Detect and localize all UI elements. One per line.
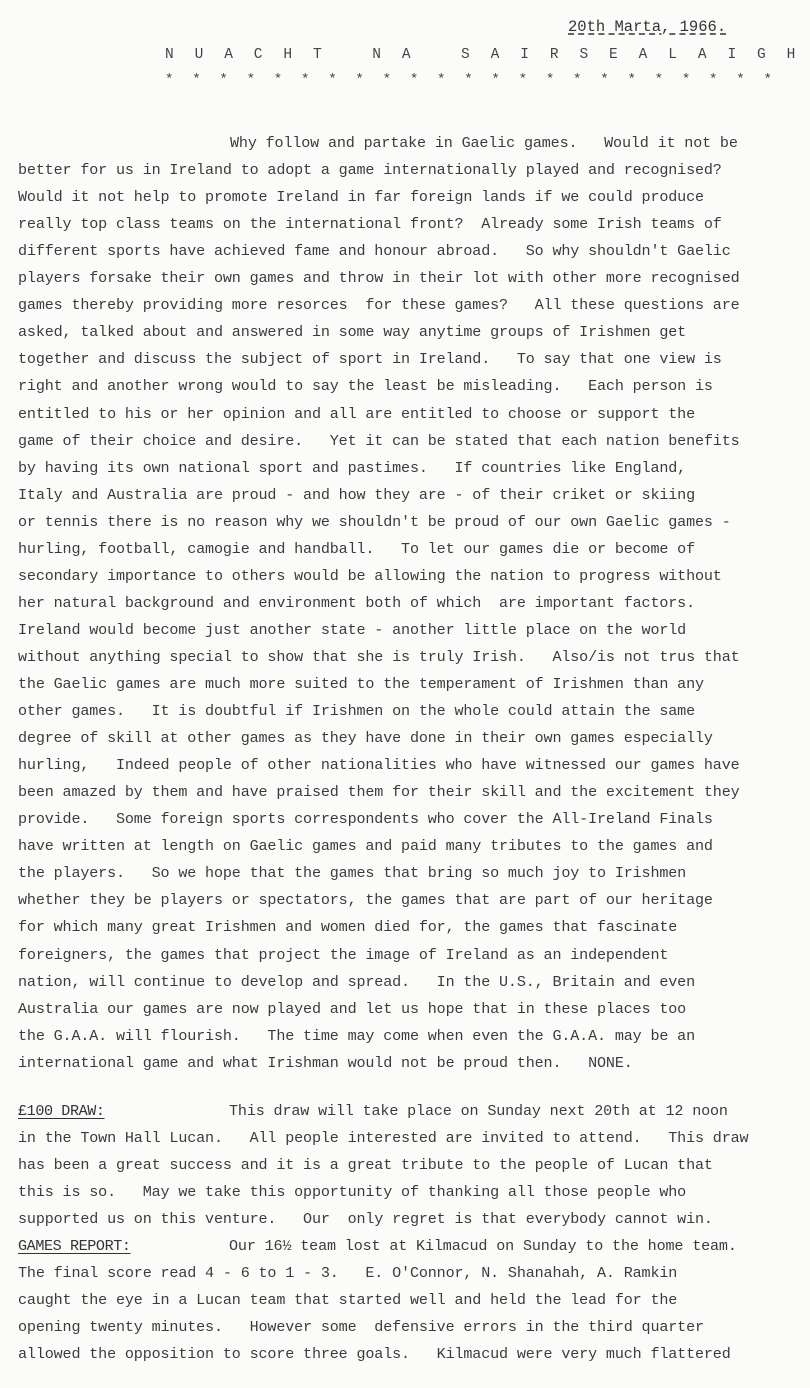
article-line: have written at length on Gaelic games a… <box>18 836 713 856</box>
games-report-heading: GAMES REPORT: <box>18 1236 131 1256</box>
draw-section-first-line: This draw will take place on Sunday next… <box>229 1101 728 1121</box>
article-line: foreigners, the games that project the i… <box>18 945 668 965</box>
games-line: allowed the opposition to score three go… <box>18 1344 731 1364</box>
newsletter-title: N U A C H T N A S A I R S E A L A I G H <box>165 47 801 63</box>
article-line: or tennis there is no reason why we shou… <box>18 512 731 532</box>
article-line: been amazed by them and have praised the… <box>18 782 740 802</box>
article-line: without anything special to show that sh… <box>18 647 740 667</box>
article-line: players forsake their own games and thro… <box>18 268 740 288</box>
games-report-first-line: Our 16½ team lost at Kilmacud on Sunday … <box>229 1236 737 1256</box>
games-line: caught the eye in a Lucan team that star… <box>18 1290 677 1310</box>
article-line: Why follow and partake in Gaelic games. … <box>18 133 738 153</box>
article-line: international game and what Irishman wou… <box>18 1053 633 1073</box>
draw-line: supported us on this venture. Our only r… <box>18 1209 713 1229</box>
article-line: Australia our games are now played and l… <box>18 999 686 1019</box>
games-line: The final score read 4 - 6 to 1 - 3. E. … <box>18 1263 677 1283</box>
article-line: the G.A.A. will flourish. The time may c… <box>18 1026 695 1046</box>
article-line: hurling, football, camogie and handball.… <box>18 539 695 559</box>
article-line: Italy and Australia are proud - and how … <box>18 485 695 505</box>
article-line: whether they be players or spectators, t… <box>18 890 713 910</box>
article-line: hurling, Indeed people of other national… <box>18 755 740 775</box>
article-line: Ireland would become just another state … <box>18 620 686 640</box>
article-line: the Gaelic games are much more suited to… <box>18 674 704 694</box>
article-line: really top class teams on the internatio… <box>18 214 722 234</box>
draw-section-heading: £100 DRAW: <box>18 1101 105 1121</box>
article-line: by having its own national sport and pas… <box>18 458 686 478</box>
article-line: other games. It is doubtful if Irishmen … <box>18 701 695 721</box>
article-line: asked, talked about and answered in some… <box>18 322 686 342</box>
article-line: games thereby providing more resorces fo… <box>18 295 740 315</box>
games-line: opening twenty minutes. However some def… <box>18 1317 704 1337</box>
article-line: provide. Some foreign sports corresponde… <box>18 809 713 829</box>
article-line: Would it not help to promote Ireland in … <box>18 187 704 207</box>
draw-line: has been a great success and it is a gre… <box>18 1155 713 1175</box>
document-date: 20th Marta, 1966. <box>568 18 726 36</box>
article-line: entitled to his or her opinion and all a… <box>18 404 695 424</box>
article-line: together and discuss the subject of spor… <box>18 349 722 369</box>
article-line: better for us in Ireland to adopt a game… <box>18 160 722 180</box>
draw-line: in the Town Hall Lucan. All people inter… <box>18 1128 748 1148</box>
draw-line: this is so. May we take this opportunity… <box>18 1182 686 1202</box>
article-line: secondary importance to others would be … <box>18 566 722 586</box>
typed-newsletter-page: 20th Marta, 1966. N U A C H T N A S A I … <box>0 0 810 1388</box>
article-line: right and another wrong would to say the… <box>18 376 713 396</box>
article-line: the players. So we hope that the games t… <box>18 863 686 883</box>
asterisk-separator: * * * * * * * * * * * * * * * * * * * * … <box>165 72 777 88</box>
article-line: for which many great Irishmen and women … <box>18 917 677 937</box>
article-line: different sports have achieved fame and … <box>18 241 731 261</box>
article-line: her natural background and environment b… <box>18 593 695 613</box>
article-line: degree of skill at other games as they h… <box>18 728 713 748</box>
article-line: game of their choice and desire. Yet it … <box>18 431 740 451</box>
article-line: nation, will continue to develop and spr… <box>18 972 695 992</box>
